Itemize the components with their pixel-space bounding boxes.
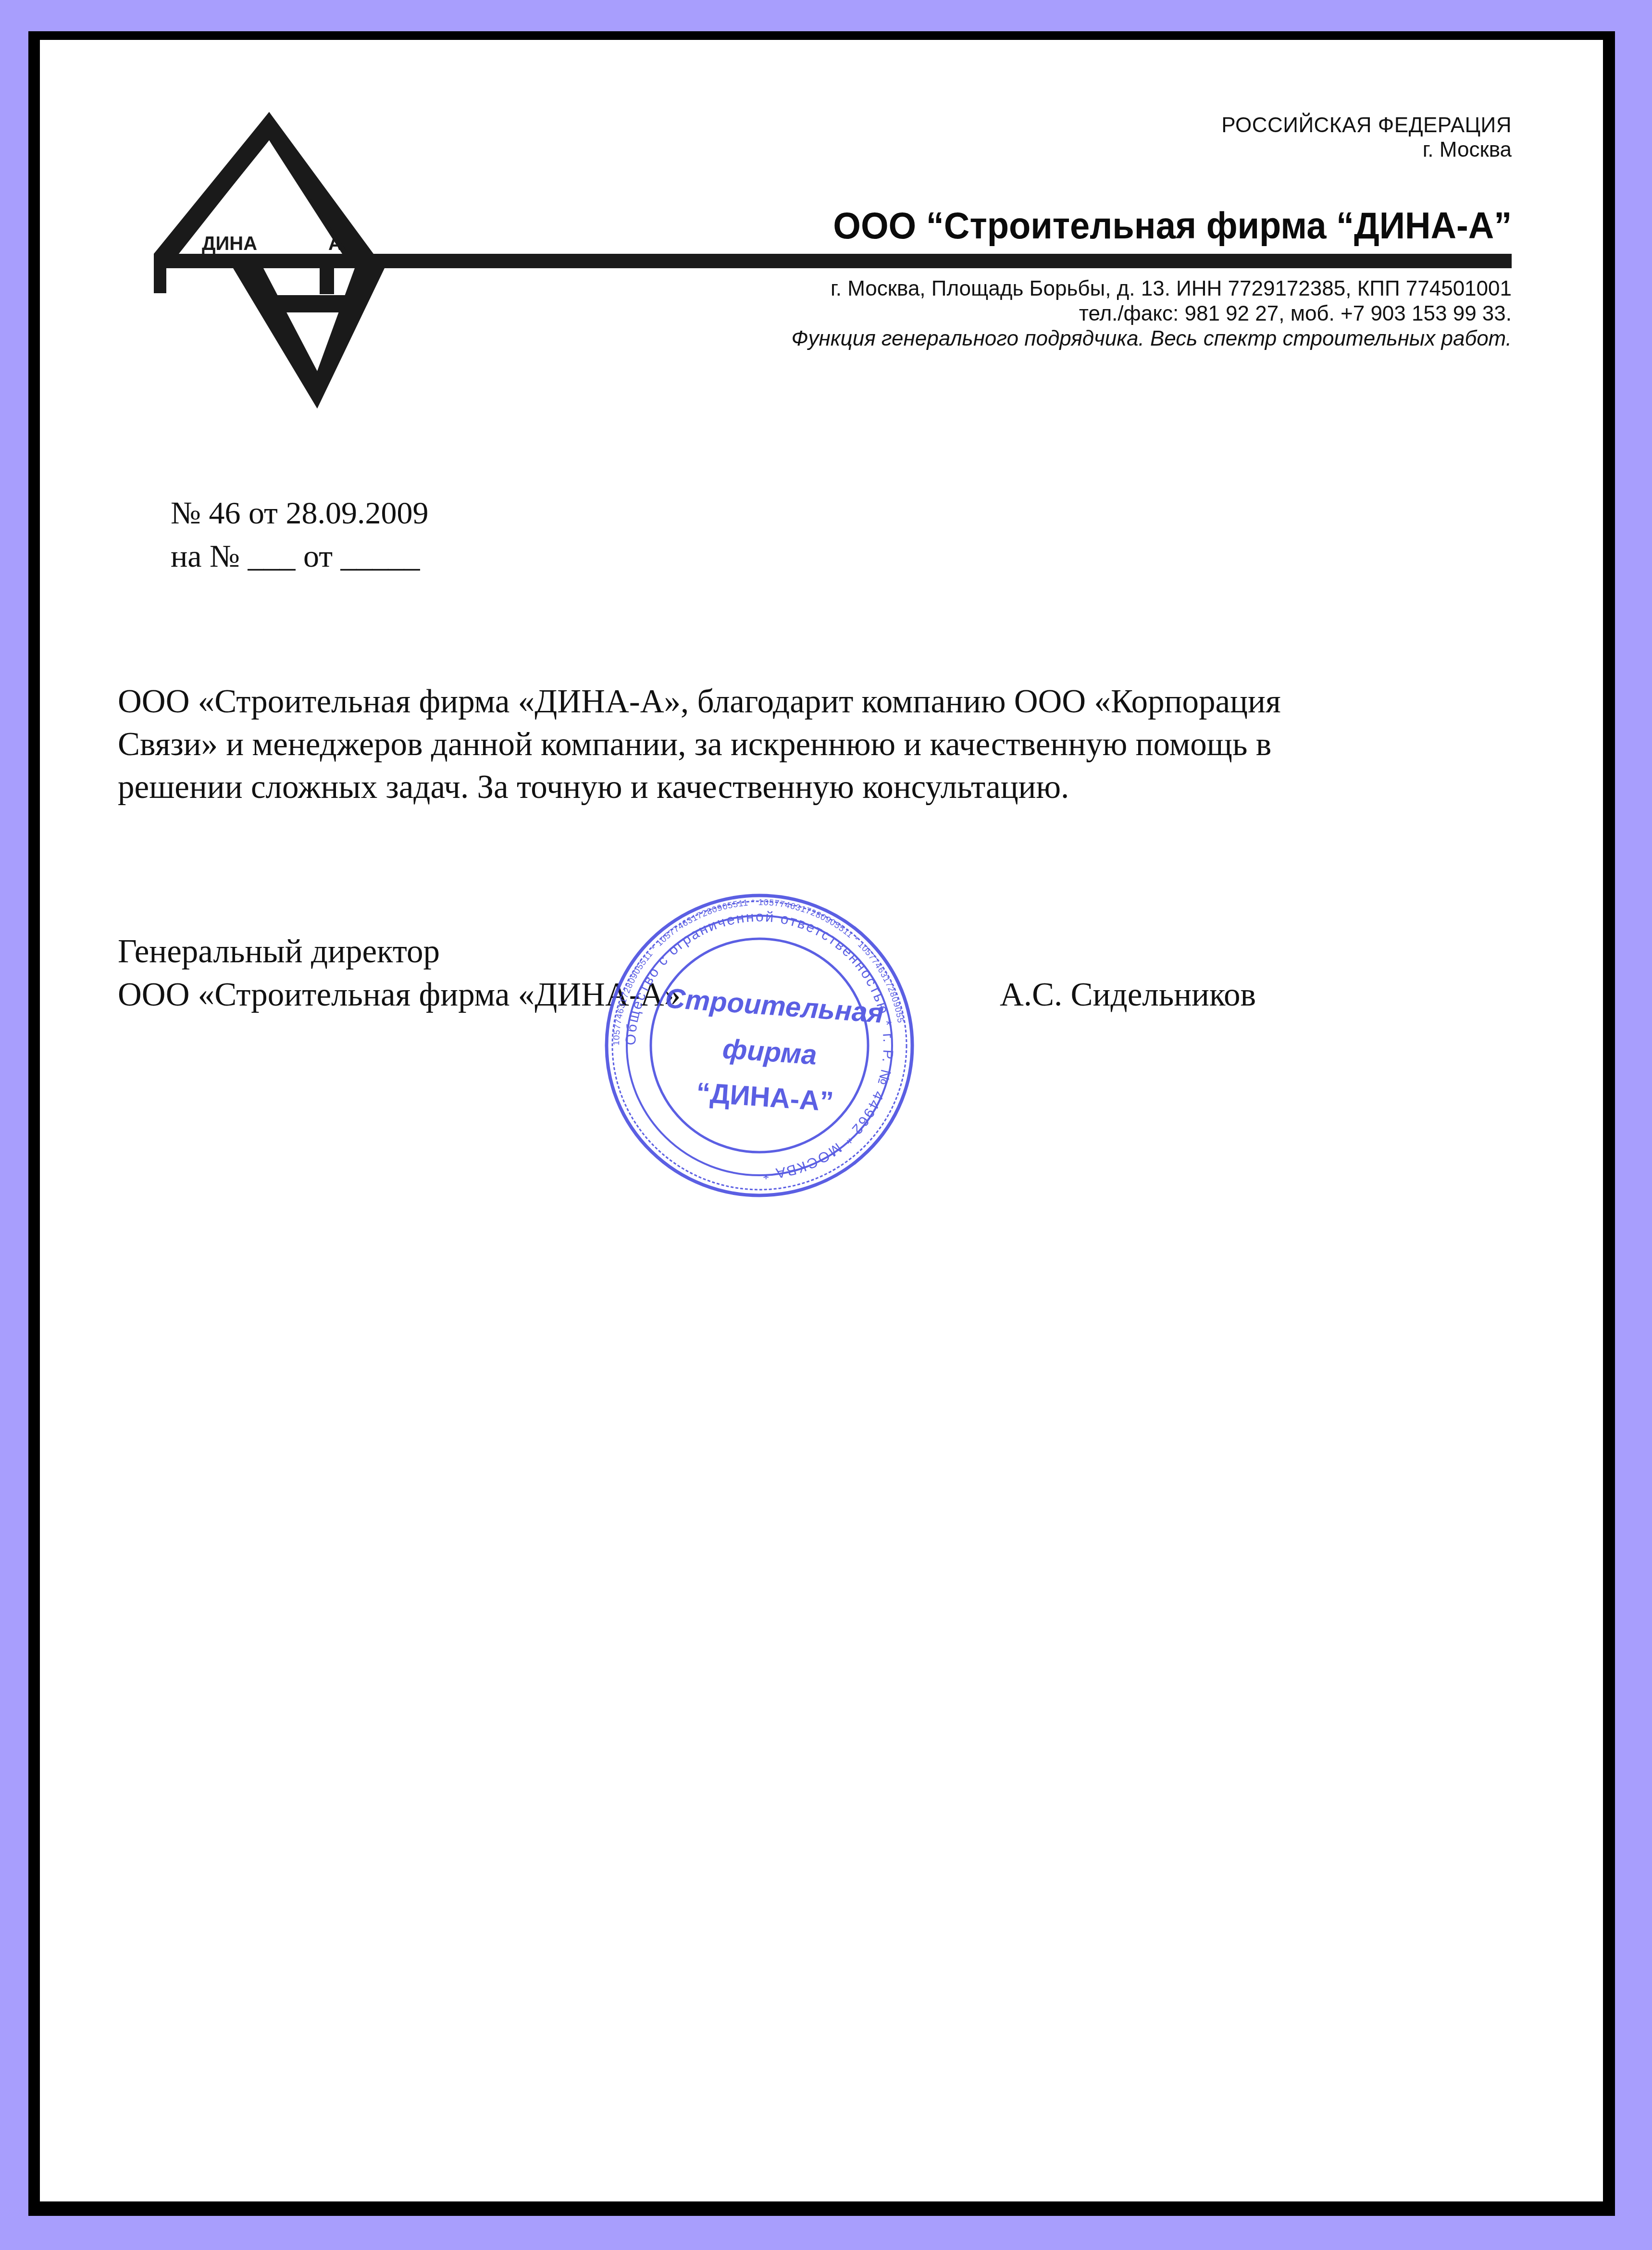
body-line: ООО «Строительная фирма «ДИНА-А», благод… (118, 680, 1512, 723)
header-city: г. Москва (1423, 138, 1512, 162)
document-reply-reference: на № ___ от _____ (171, 538, 420, 575)
seal-line-3: “ДИНА-А” (695, 1077, 834, 1118)
header-country: РОССИЙСКАЯ ФЕДЕРАЦИЯ (1221, 113, 1512, 137)
company-seal-icon: Общество с ограниченной ответственностью… (596, 889, 923, 1202)
header-tagline: Функция генерального подрядчика. Весь сп… (792, 327, 1512, 351)
header-phone: тел./факс: 981 92 27, моб. +7 903 153 99… (1079, 302, 1512, 326)
seal-line-2: фирма (721, 1033, 818, 1071)
header-company-name: ООО “Строительная фирма “ДИНА-А” (833, 204, 1512, 248)
body-line: решении сложных задач. За точную и качес… (118, 766, 1512, 808)
letter-body: ООО «Строительная фирма «ДИНА-А», благод… (118, 680, 1512, 808)
document-number: № 46 от 28.09.2009 (171, 495, 428, 532)
header-address: г. Москва, Площадь Борьбы, д. 13. ИНН 77… (831, 277, 1512, 301)
signatory-name: А.С. Сидельников (1000, 976, 1256, 1014)
body-line: Связи» и менеджеров данной компании, за … (118, 723, 1512, 766)
signatory-title: Генеральный директор (118, 932, 440, 970)
company-seal: Общество с ограниченной ответственностью… (596, 889, 923, 1202)
